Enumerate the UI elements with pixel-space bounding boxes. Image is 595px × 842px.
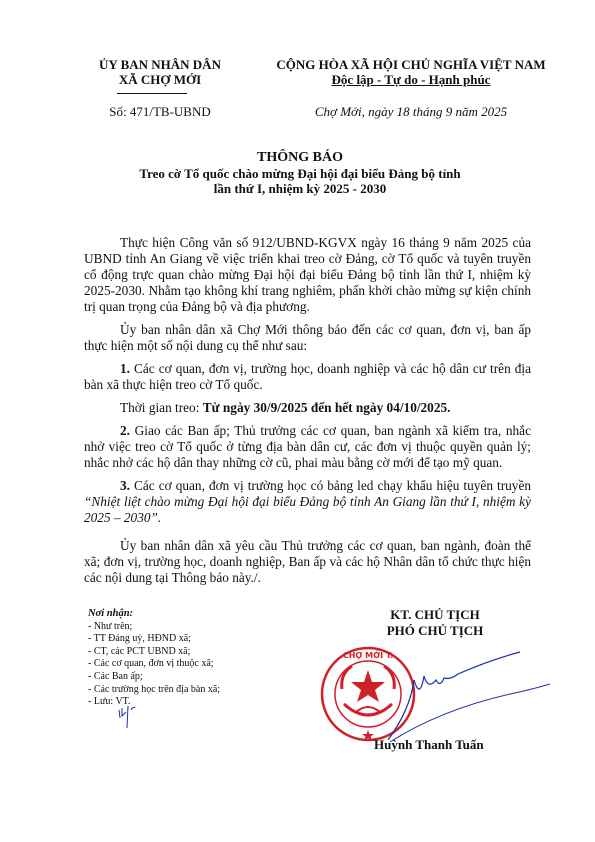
recipient-item: - CT, các PCT UBND xã; [88,646,288,659]
recipient-item: - Các trường học trên địa bàn xã; [88,684,288,697]
national-heading: CỘNG HÒA XÃ HỘI CHỦ NGHĨA VIỆT NAM Độc l… [252,57,570,87]
subject-line-2: lần thứ I, nhiệm kỳ 2025 - 2030 [120,181,480,196]
document-body: Thực hiện Công văn số 912/UBND-KGVX ngày… [84,235,531,593]
item-3-slogan: “Nhiệt liệt chào mừng Đại hội đại biểu Đ… [84,494,531,525]
signer-name: Huỳnh Thanh Tuấn [374,737,484,753]
paragraph-announcement: Ủy ban nhân dân xã Chợ Mới thông báo đến… [84,322,531,354]
motto: Độc lập - Tự do - Hạnh phúc [332,72,491,87]
place-date: Chợ Mới, ngày 18 tháng 9 năm 2025 [252,104,570,120]
recipients-title: Nơi nhận: [88,608,288,621]
sign-on-behalf: KT. CHỦ TỊCH [350,607,520,623]
signature-scrawl-icon [380,650,550,750]
recipient-item: - TT Đảng uỷ, HĐND xã; [88,633,288,646]
agency-line-2: XÃ CHỢ MỚI [62,72,258,87]
recipient-item: - Các cơ quan, đơn vị thuộc xã; [88,658,288,671]
issuing-agency: ỦY BAN NHÂN DÂN XÃ CHỢ MỚI [62,57,258,87]
item-3: 3. Các cơ quan, đơn vị trường học có bản… [84,478,531,526]
doc-type: THÔNG BÁO [120,150,480,165]
recipient-item: - Như trên; [88,621,288,634]
time-value: Từ ngày 30/9/2025 đến hết ngày 04/10/202… [203,400,451,415]
initials-mark-icon [113,700,139,730]
document-number: Số: 471/TB-UBND [62,104,258,120]
recipients-list: Nơi nhận: - Như trên; - TT Đảng uỷ, HĐND… [88,608,288,709]
signature-title: KT. CHỦ TỊCH PHÓ CHỦ TỊCH [350,607,520,639]
document-title: THÔNG BÁO Treo cờ Tổ quốc chào mừng Đại … [120,150,480,196]
time-label: Thời gian treo: [120,400,203,415]
item-2-number: 2. [120,423,130,438]
item-1-number: 1. [120,361,130,376]
item-3-number: 3. [120,478,130,493]
agency-line-1: ỦY BAN NHÂN DÂN [62,57,258,72]
hanging-time: Thời gian treo: Từ ngày 30/9/2025 đến hế… [84,400,531,416]
signer-position: PHÓ CHỦ TỊCH [350,623,520,639]
item-2-text: Giao các Ban ấp; Thủ trưởng các cơ quan,… [84,423,531,470]
item-1-text: Các cơ quan, đơn vị, trường học, doanh n… [84,361,531,392]
agency-divider [117,93,187,94]
item-3-text: Các cơ quan, đơn vị trường học có bảng l… [130,478,531,493]
recipient-item: - Các Ban ấp; [88,671,288,684]
item-2: 2. Giao các Ban ấp; Thủ trưởng các cơ qu… [84,423,531,471]
subject-line-1: Treo cờ Tổ quốc chào mừng Đại hội đại bi… [120,166,480,181]
item-1: 1. Các cơ quan, đơn vị, trường học, doan… [84,361,531,393]
nation-line: CỘNG HÒA XÃ HỘI CHỦ NGHĨA VIỆT NAM [252,57,570,72]
paragraph-closing: Ủy ban nhân dân xã yêu cầu Thủ trưởng cá… [84,538,531,586]
paragraph-intro: Thực hiện Công văn số 912/UBND-KGVX ngày… [84,235,531,315]
